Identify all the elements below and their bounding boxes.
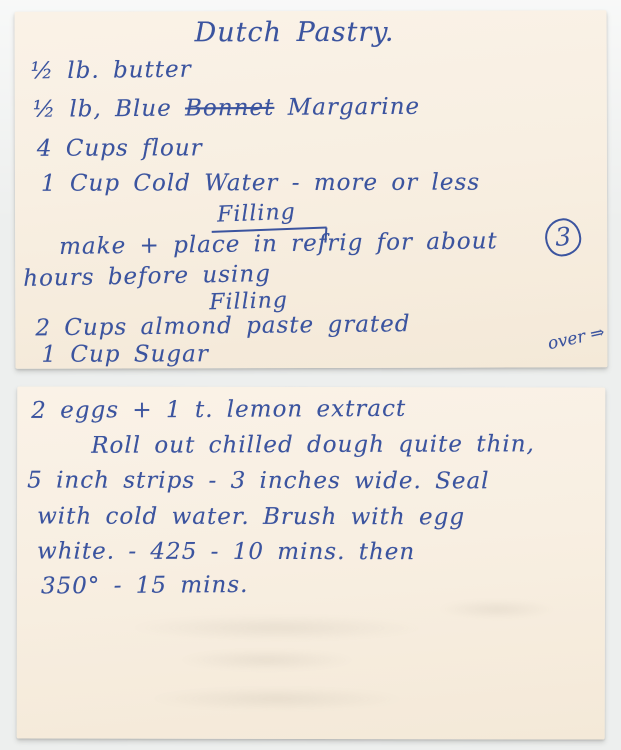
filling-heading-early: Filling [217,200,297,228]
ingredient-line-margarine: ½ lb, Blue Bonnet Margarine [33,94,421,123]
margarine-suffix: Margarine [274,94,420,121]
photo-background: Dutch Pastry. ½ lb. butter ½ lb, Blue Bo… [0,0,621,750]
ingredient-line-flour: 4 Cups flour [37,135,203,161]
instruction-line-temp: 350° - 15 mins. [41,572,249,599]
ingredient-line-sugar: 1 Cup Sugar [41,341,208,367]
ink-bleed-smudge [127,615,427,642]
ink-bleed-smudge [177,649,357,671]
over-note: over ⇒ [546,322,607,354]
instruction-line-seal: with cold water. Brush with egg [37,504,465,531]
bottom-recipe-card: 2 eggs + 1 t. lemon extract Roll out chi… [17,386,606,739]
ingredient-line-water: 1 Cup Cold Water - more or less [41,170,480,197]
ink-bleed-smudge [437,599,557,619]
margarine-struck-word: Bonnet [185,95,274,122]
instruction-line-roll: Roll out chilled dough quite thin, [91,431,535,459]
instruction-line-white: white. - 425 - 10 mins. then [37,539,415,566]
circled-number: 3 [544,217,583,258]
top-recipe-card: Dutch Pastry. ½ lb. butter ½ lb, Blue Bo… [15,10,608,369]
instruction-line-strips: 5 inch strips - 3 inches wide. Seal [27,468,489,495]
ingredient-line-almond: 2 Cups almond paste grated [35,311,410,341]
instruction-line-hours: hours before using [23,261,271,292]
margarine-prefix: ½ lb, Blue [33,96,186,123]
filling-heading-early-text: Filling [217,200,297,228]
ingredient-line-butter: ½ lb. butter [31,57,192,85]
ink-bleed-smudge [147,687,407,711]
instruction-line-make: make + place in refrig for about [59,228,498,260]
ingredient-line-eggs: 2 eggs + 1 t. lemon extract [31,396,406,424]
filling-heading: Filling [209,288,288,315]
recipe-title: Dutch Pastry. [195,17,395,49]
